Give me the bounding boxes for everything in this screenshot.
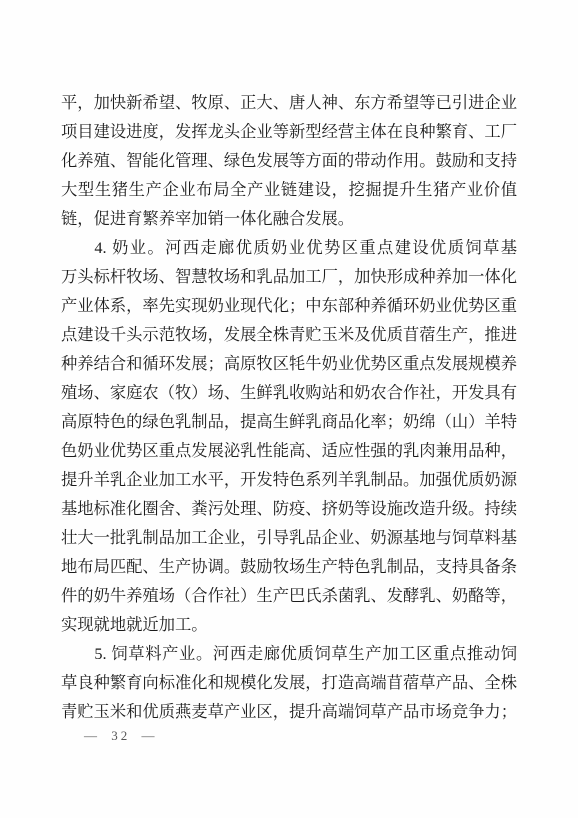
text-line: 种养结合和循环发展；高原牧区牦牛奶业优势区重点发展规模养 <box>61 349 517 378</box>
text-line: 万头标杆牧场、智慧牧场和乳品加工厂，加快形成种养加一体化 <box>61 262 517 291</box>
text-line: 平，加快新希望、牧原、正大、唐人神、东方希望等已引进企业 <box>61 88 517 117</box>
text-line: 基地标准化圈舍、粪污处理、防疫、挤奶等设施改造升级。持续 <box>61 494 517 523</box>
text-line: 殖场、家庭农（牧）场、生鲜乳收购站和奶农合作社，开发具有 <box>61 378 517 407</box>
text-line: 壮大一批乳制品加工企业，引导乳品企业、奶源基地与饲草料基 <box>61 523 517 552</box>
text-line: 产业体系，率先实现奶业现代化；中东部种养循环奶业优势区重 <box>61 291 517 320</box>
document-page: 平，加快新希望、牧原、正大、唐人神、东方希望等已引进企业 项目建设进度，发挥龙头… <box>0 0 578 818</box>
document-body-text: 平，加快新希望、牧原、正大、唐人神、东方希望等已引进企业 项目建设进度，发挥龙头… <box>61 88 517 726</box>
text-line-item-4-dairy: 4. 奶业。河西走廊优质奶业优势区重点建设优质饲草基地、 <box>61 233 517 262</box>
text-line: 青贮玉米和优质燕麦草产业区，提升高端饲草产品市场竞争力； <box>61 697 517 726</box>
text-line: 地布局匹配、生产协调。鼓励牧场生产特色乳制品，支持具备条 <box>61 552 517 581</box>
text-line: 链，促进育繁养宰加销一体化融合发展。 <box>61 204 517 233</box>
page-number: — 32 — <box>84 727 158 745</box>
text-line: 大型生猪生产企业布局全产业链建设，挖掘提升生猪产业价值 <box>61 175 517 204</box>
text-line: 项目建设进度，发挥龙头企业等新型经营主体在良种繁育、工厂 <box>61 117 517 146</box>
text-line: 件的奶牛养殖场（合作社）生产巴氏杀菌乳、发酵乳、奶酪等， <box>61 581 517 610</box>
text-line: 点建设千头示范牧场，发展全株青贮玉米及优质苜蓿生产，推进 <box>61 320 517 349</box>
text-line: 化养殖、智能化管理、绿色发展等方面的带动作用。鼓励和支持 <box>61 146 517 175</box>
text-line: 色奶业优势区重点发展泌乳性能高、适应性强的乳肉兼用品种， <box>61 436 517 465</box>
text-line: 提升羊乳企业加工水平，开发特色系列羊乳制品。加强优质奶源 <box>61 465 517 494</box>
text-line: 实现就地就近加工。 <box>61 610 517 639</box>
text-line: 高原特色的绿色乳制品，提高生鲜乳商品化率；奶绵（山）羊特 <box>61 407 517 436</box>
text-line-item-5-forage: 5. 饲草料产业。河西走廊优质饲草生产加工区重点推动饲 <box>61 639 517 668</box>
text-line: 草良种繁育向标准化和规模化发展，打造高端苜蓿草产品、全株 <box>61 668 517 697</box>
